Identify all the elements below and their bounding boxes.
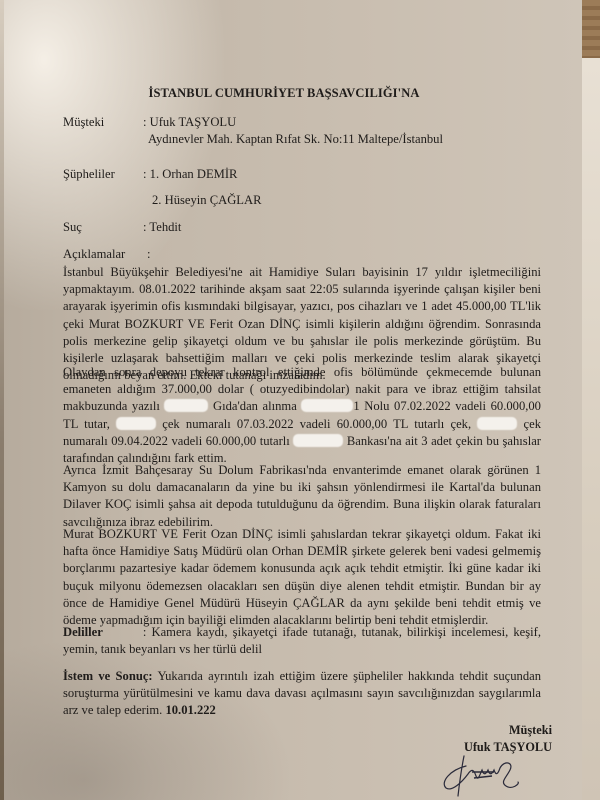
wooden-surface <box>582 0 600 60</box>
explanations-label: Açıklamalar <box>63 246 125 263</box>
complainant-address: Aydınevler Mah. Kaptan Rıfat Sk. No:11 M… <box>148 131 443 148</box>
paragraph-4-text: Murat BOZKURT VE Ferit Ozan DİNÇ isimli … <box>63 526 541 629</box>
evidence-value: : Kamera kaydı, şikayetçi ifade tutanağı… <box>63 625 541 656</box>
redaction <box>477 417 517 430</box>
redaction <box>116 417 156 430</box>
redaction <box>164 399 208 412</box>
paragraph-4: Murat BOZKURT VE Ferit Ozan DİNÇ isimli … <box>63 526 541 629</box>
underlying-paper <box>581 58 600 800</box>
document-title: İSTANBUL CUMHURİYET BAŞSAVCILIĞI'NA <box>114 86 454 101</box>
complainant-label: Müşteki <box>63 114 104 131</box>
signature-block: Müşteki Ufuk TAŞYOLU <box>464 722 552 756</box>
handwritten-signature <box>436 752 526 798</box>
request-label: İstem ve Sonuç: <box>63 669 153 683</box>
p2-text-b: Gıda'dan alınma <box>208 399 301 413</box>
evidence-label: Deliller <box>63 625 103 639</box>
redaction <box>293 434 343 447</box>
complainant-name: : Ufuk TAŞYOLU <box>143 114 236 131</box>
suspect-1: : 1. Orhan DEMİR <box>143 166 237 183</box>
crime-label: Suç <box>63 219 82 236</box>
crime-value: : Tehdit <box>143 219 181 236</box>
request-date: 10.01.222 <box>165 703 215 717</box>
signature-role: Müşteki <box>464 722 552 739</box>
redaction <box>301 399 353 412</box>
paragraph-2-text: Olaydan sonra depoyu tekrar kontrol etti… <box>63 364 541 467</box>
evidence-section: Deliller: Kamera kaydı, şikayetçi ifade … <box>63 624 541 658</box>
suspect-2: 2. Hüseyin ÇAĞLAR <box>152 192 262 209</box>
request-section: İstem ve Sonuç: Yukarıda ayrıntılı izah … <box>63 668 541 720</box>
document-page: İSTANBUL CUMHURİYET BAŞSAVCILIĞI'NA Müşt… <box>4 0 582 800</box>
paragraph-2: Olaydan sonra depoyu tekrar kontrol etti… <box>63 364 541 467</box>
explanations-colon: : <box>147 246 151 263</box>
p2-text-d: çek numaralı 07.03.2022 vadeli 60.000,00… <box>156 417 477 431</box>
suspects-label: Şüpheliler <box>63 166 115 183</box>
paragraph-3-text: Ayrıca İzmit Bahçesaray Su Dolum Fabrika… <box>63 462 541 531</box>
paragraph-3: Ayrıca İzmit Bahçesaray Su Dolum Fabrika… <box>63 462 541 531</box>
